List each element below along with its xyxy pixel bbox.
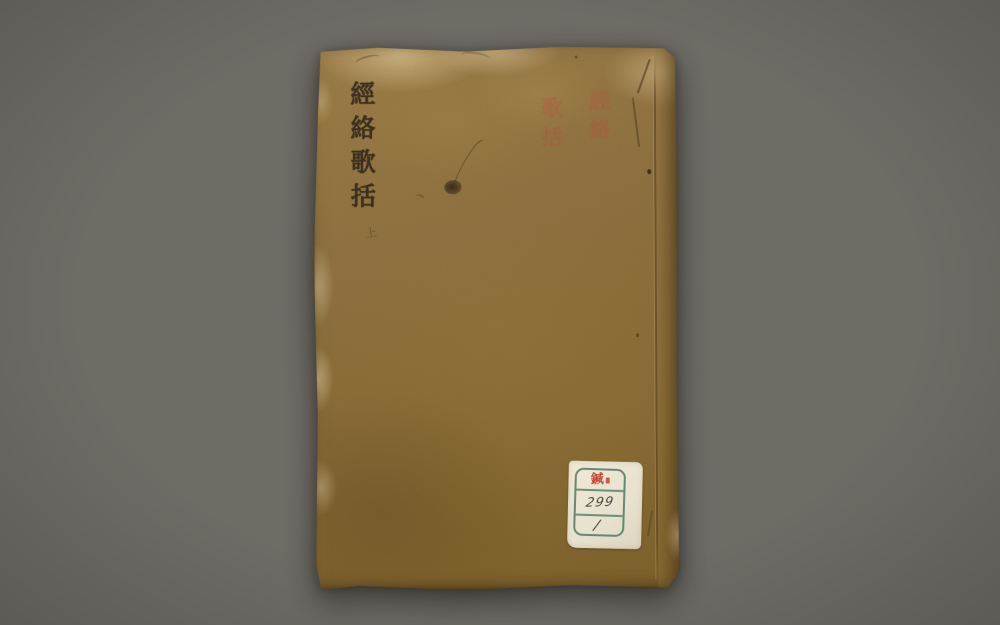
ink-speck [647, 169, 651, 174]
photo-background: 經絡歌括 上 經絡 歌括 鍼 [0, 0, 1000, 625]
red-stamp-column-left: 歌括 [541, 97, 562, 177]
worn-edge-patch [665, 509, 681, 561]
volume-mark: 上 [364, 224, 377, 241]
faint-scribble [414, 193, 425, 203]
crease-mark [632, 97, 640, 147]
label-tally-mark: / [593, 516, 601, 535]
label-cell-number: 299 [576, 491, 624, 517]
book-cover: 經絡歌括 上 經絡 歌括 鍼 [313, 45, 680, 591]
hair-line-mark [439, 138, 485, 190]
ink-speck [636, 333, 639, 337]
label-stamp-character: 鍼 [591, 473, 604, 486]
book: 經絡歌括 上 經絡 歌括 鍼 [313, 45, 680, 591]
red-stamp-column-right: 經絡 [589, 89, 610, 169]
label-frame: 鍼 299 / [573, 468, 626, 538]
faint-scribble [460, 50, 491, 64]
library-label: 鍼 299 / [567, 461, 643, 550]
crease-mark [647, 510, 653, 536]
ink-speck [575, 56, 578, 59]
label-stamp-dot [606, 477, 610, 483]
label-cell-tally: / [575, 516, 623, 535]
faint-scribble [354, 53, 381, 68]
crease-mark [637, 59, 651, 94]
label-cell-stamp: 鍼 [576, 470, 624, 493]
label-call-number: 299 [584, 495, 615, 511]
binding-strip [656, 45, 680, 589]
